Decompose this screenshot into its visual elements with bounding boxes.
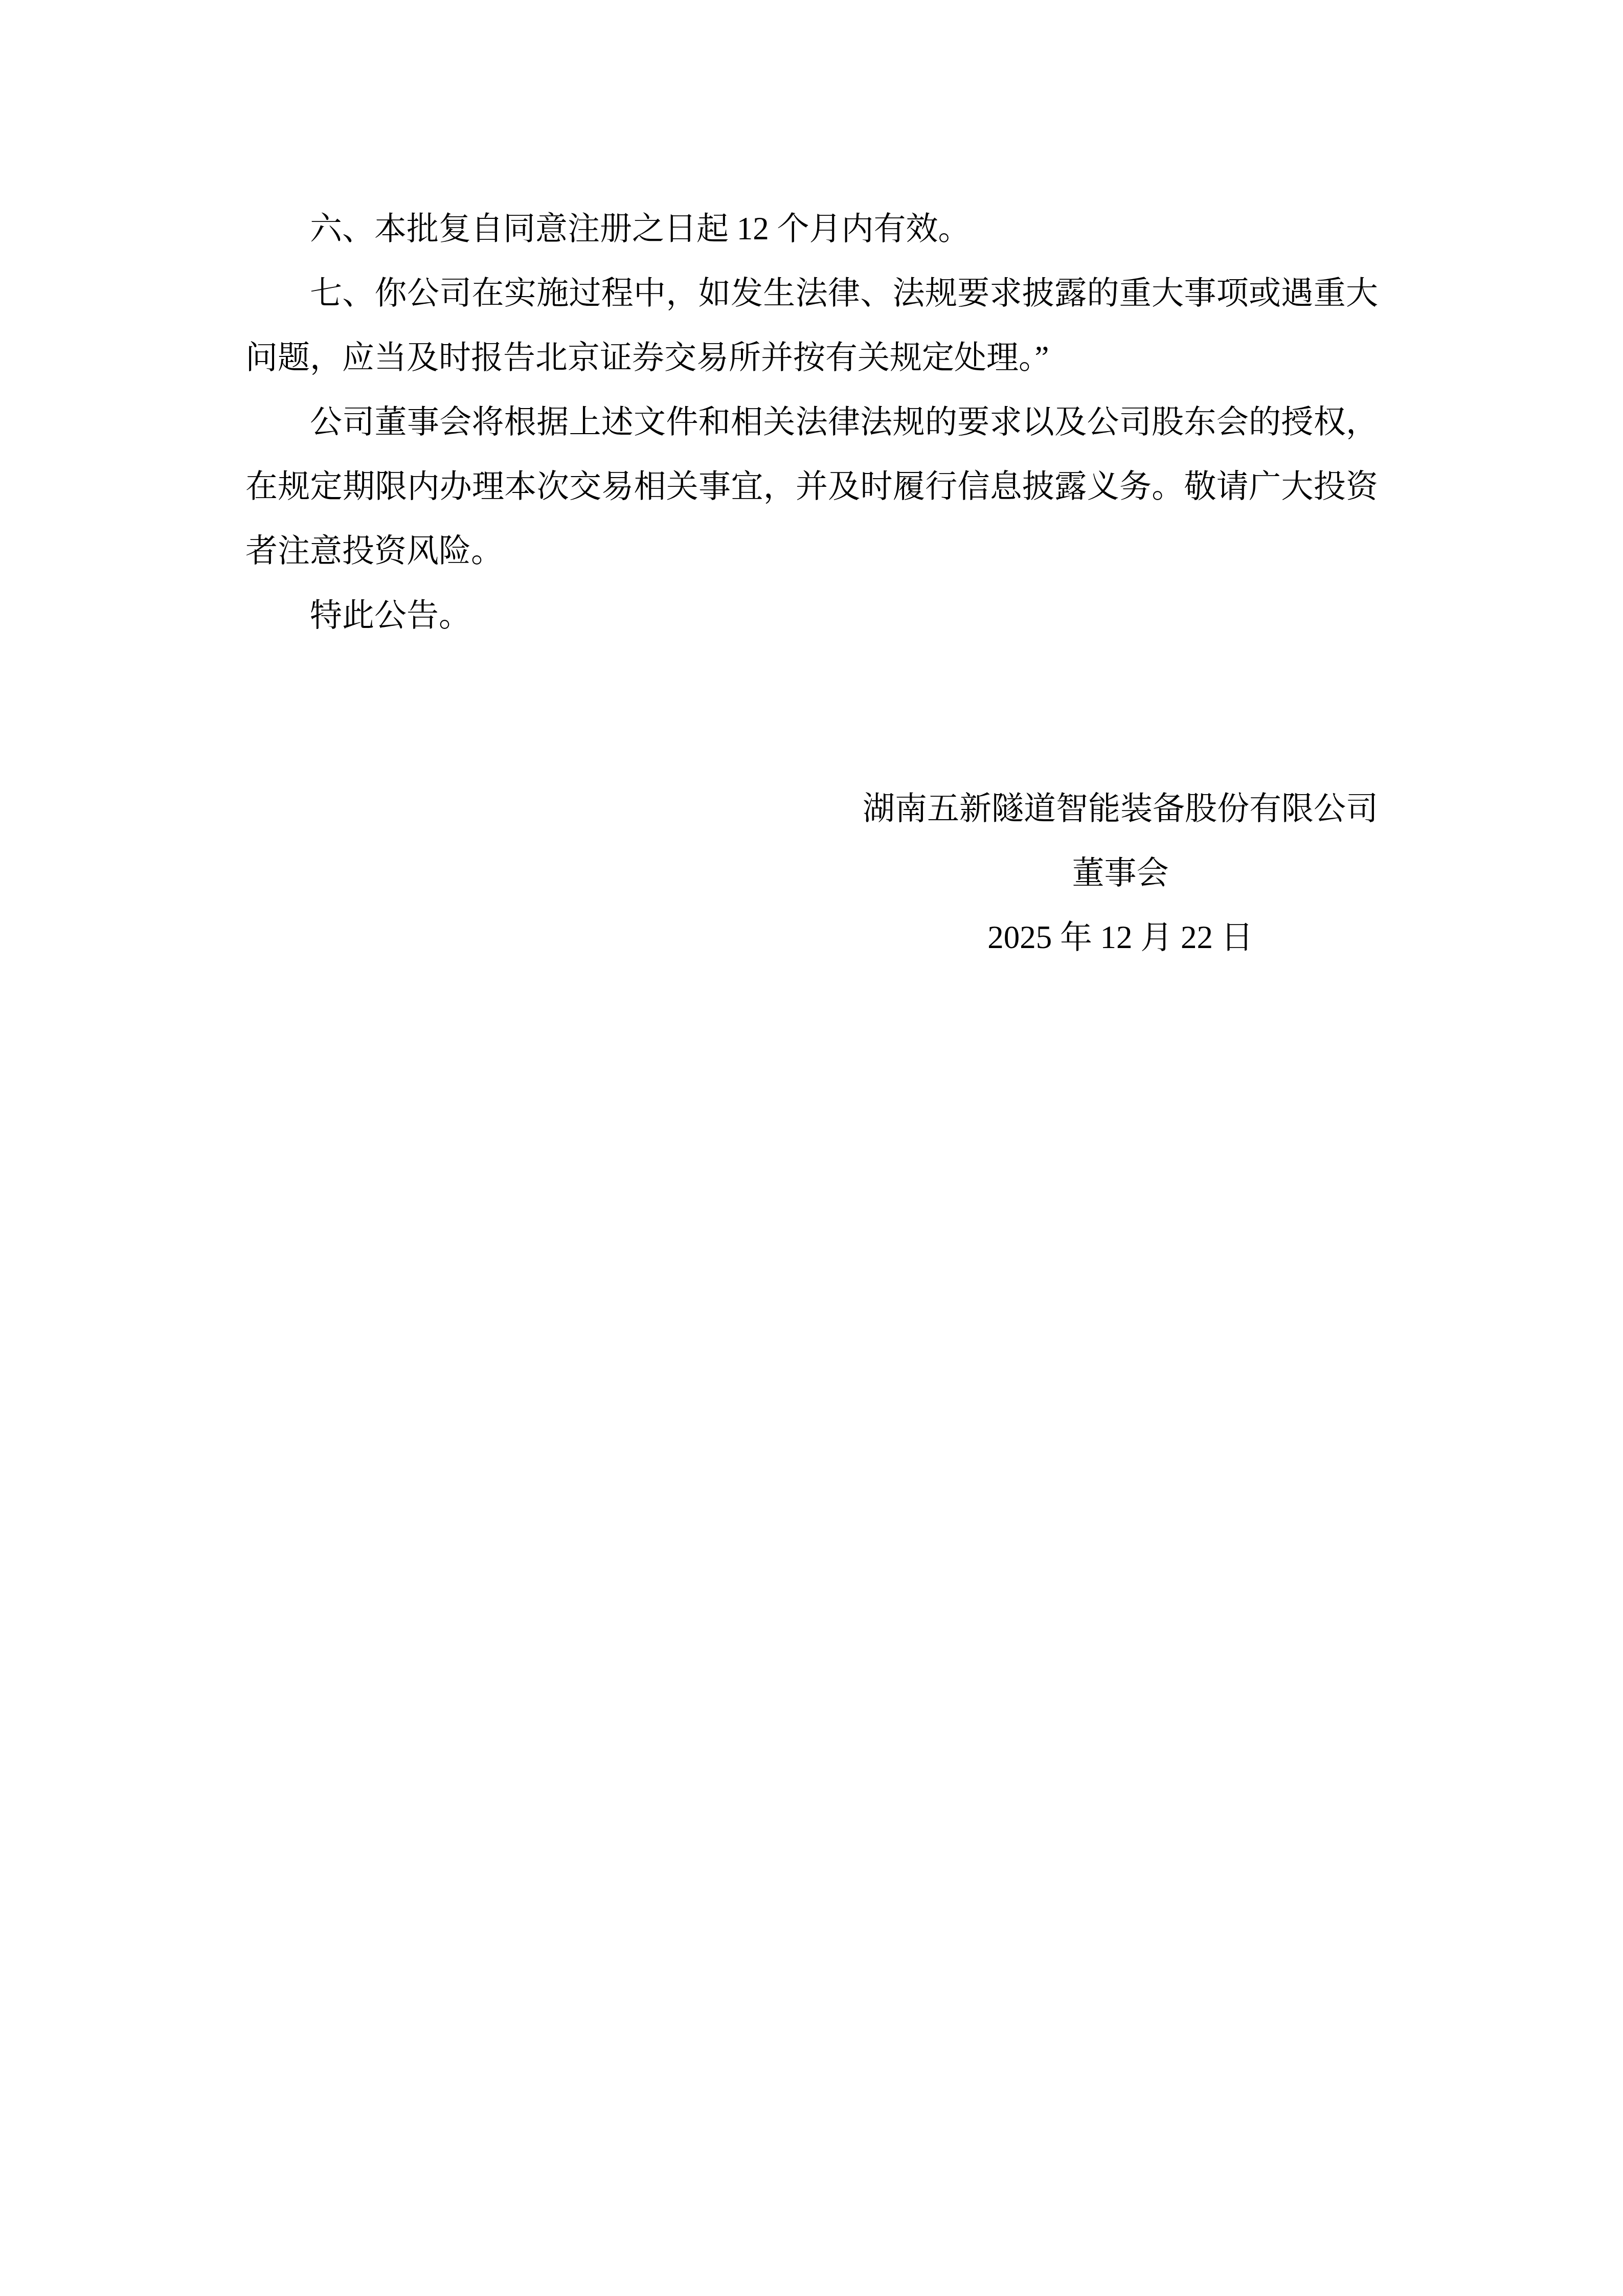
- document-body: 六、本批复自同意注册之日起 12 个月内有效。 七、你公司在实施过程中，如发生法…: [245, 196, 1378, 970]
- signature-block: 湖南五新隧道智能装备股份有限公司 董事会 2025 年 12 月 22 日: [245, 776, 1378, 970]
- signature-board-label: 董事会: [863, 841, 1378, 905]
- body-text-line-item-six: 六、本批复自同意注册之日起 12 个月内有效。: [245, 196, 1378, 261]
- document-page: 六、本批复自同意注册之日起 12 个月内有效。 七、你公司在实施过程中，如发生法…: [0, 0, 1623, 2296]
- body-text-line-item-seven-1: 七、你公司在实施过程中，如发生法律、法规要求披露的重大事项或遇重大: [245, 261, 1378, 325]
- signature-date: 2025 年 12 月 22 日: [863, 905, 1378, 970]
- signature-company-name: 湖南五新隧道智能装备股份有限公司: [863, 776, 1378, 841]
- body-text-line-board-statement-2: 在规定期限内办理本次交易相关事宜，并及时履行信息披露义务。敬请广大投资: [245, 454, 1378, 519]
- body-text-line-announcement-closing: 特此公告。: [245, 583, 1378, 647]
- signature-inner: 湖南五新隧道智能装备股份有限公司 董事会 2025 年 12 月 22 日: [863, 776, 1378, 970]
- blank-space: [245, 647, 1378, 776]
- body-text-line-item-seven-2: 问题，应当及时报告北京证券交易所并按有关规定处理。”: [245, 325, 1378, 390]
- body-text-line-board-statement-3: 者注意投资风险。: [245, 519, 1378, 583]
- body-text-line-board-statement-1: 公司董事会将根据上述文件和相关法律法规的要求以及公司股东会的授权，: [245, 390, 1378, 454]
